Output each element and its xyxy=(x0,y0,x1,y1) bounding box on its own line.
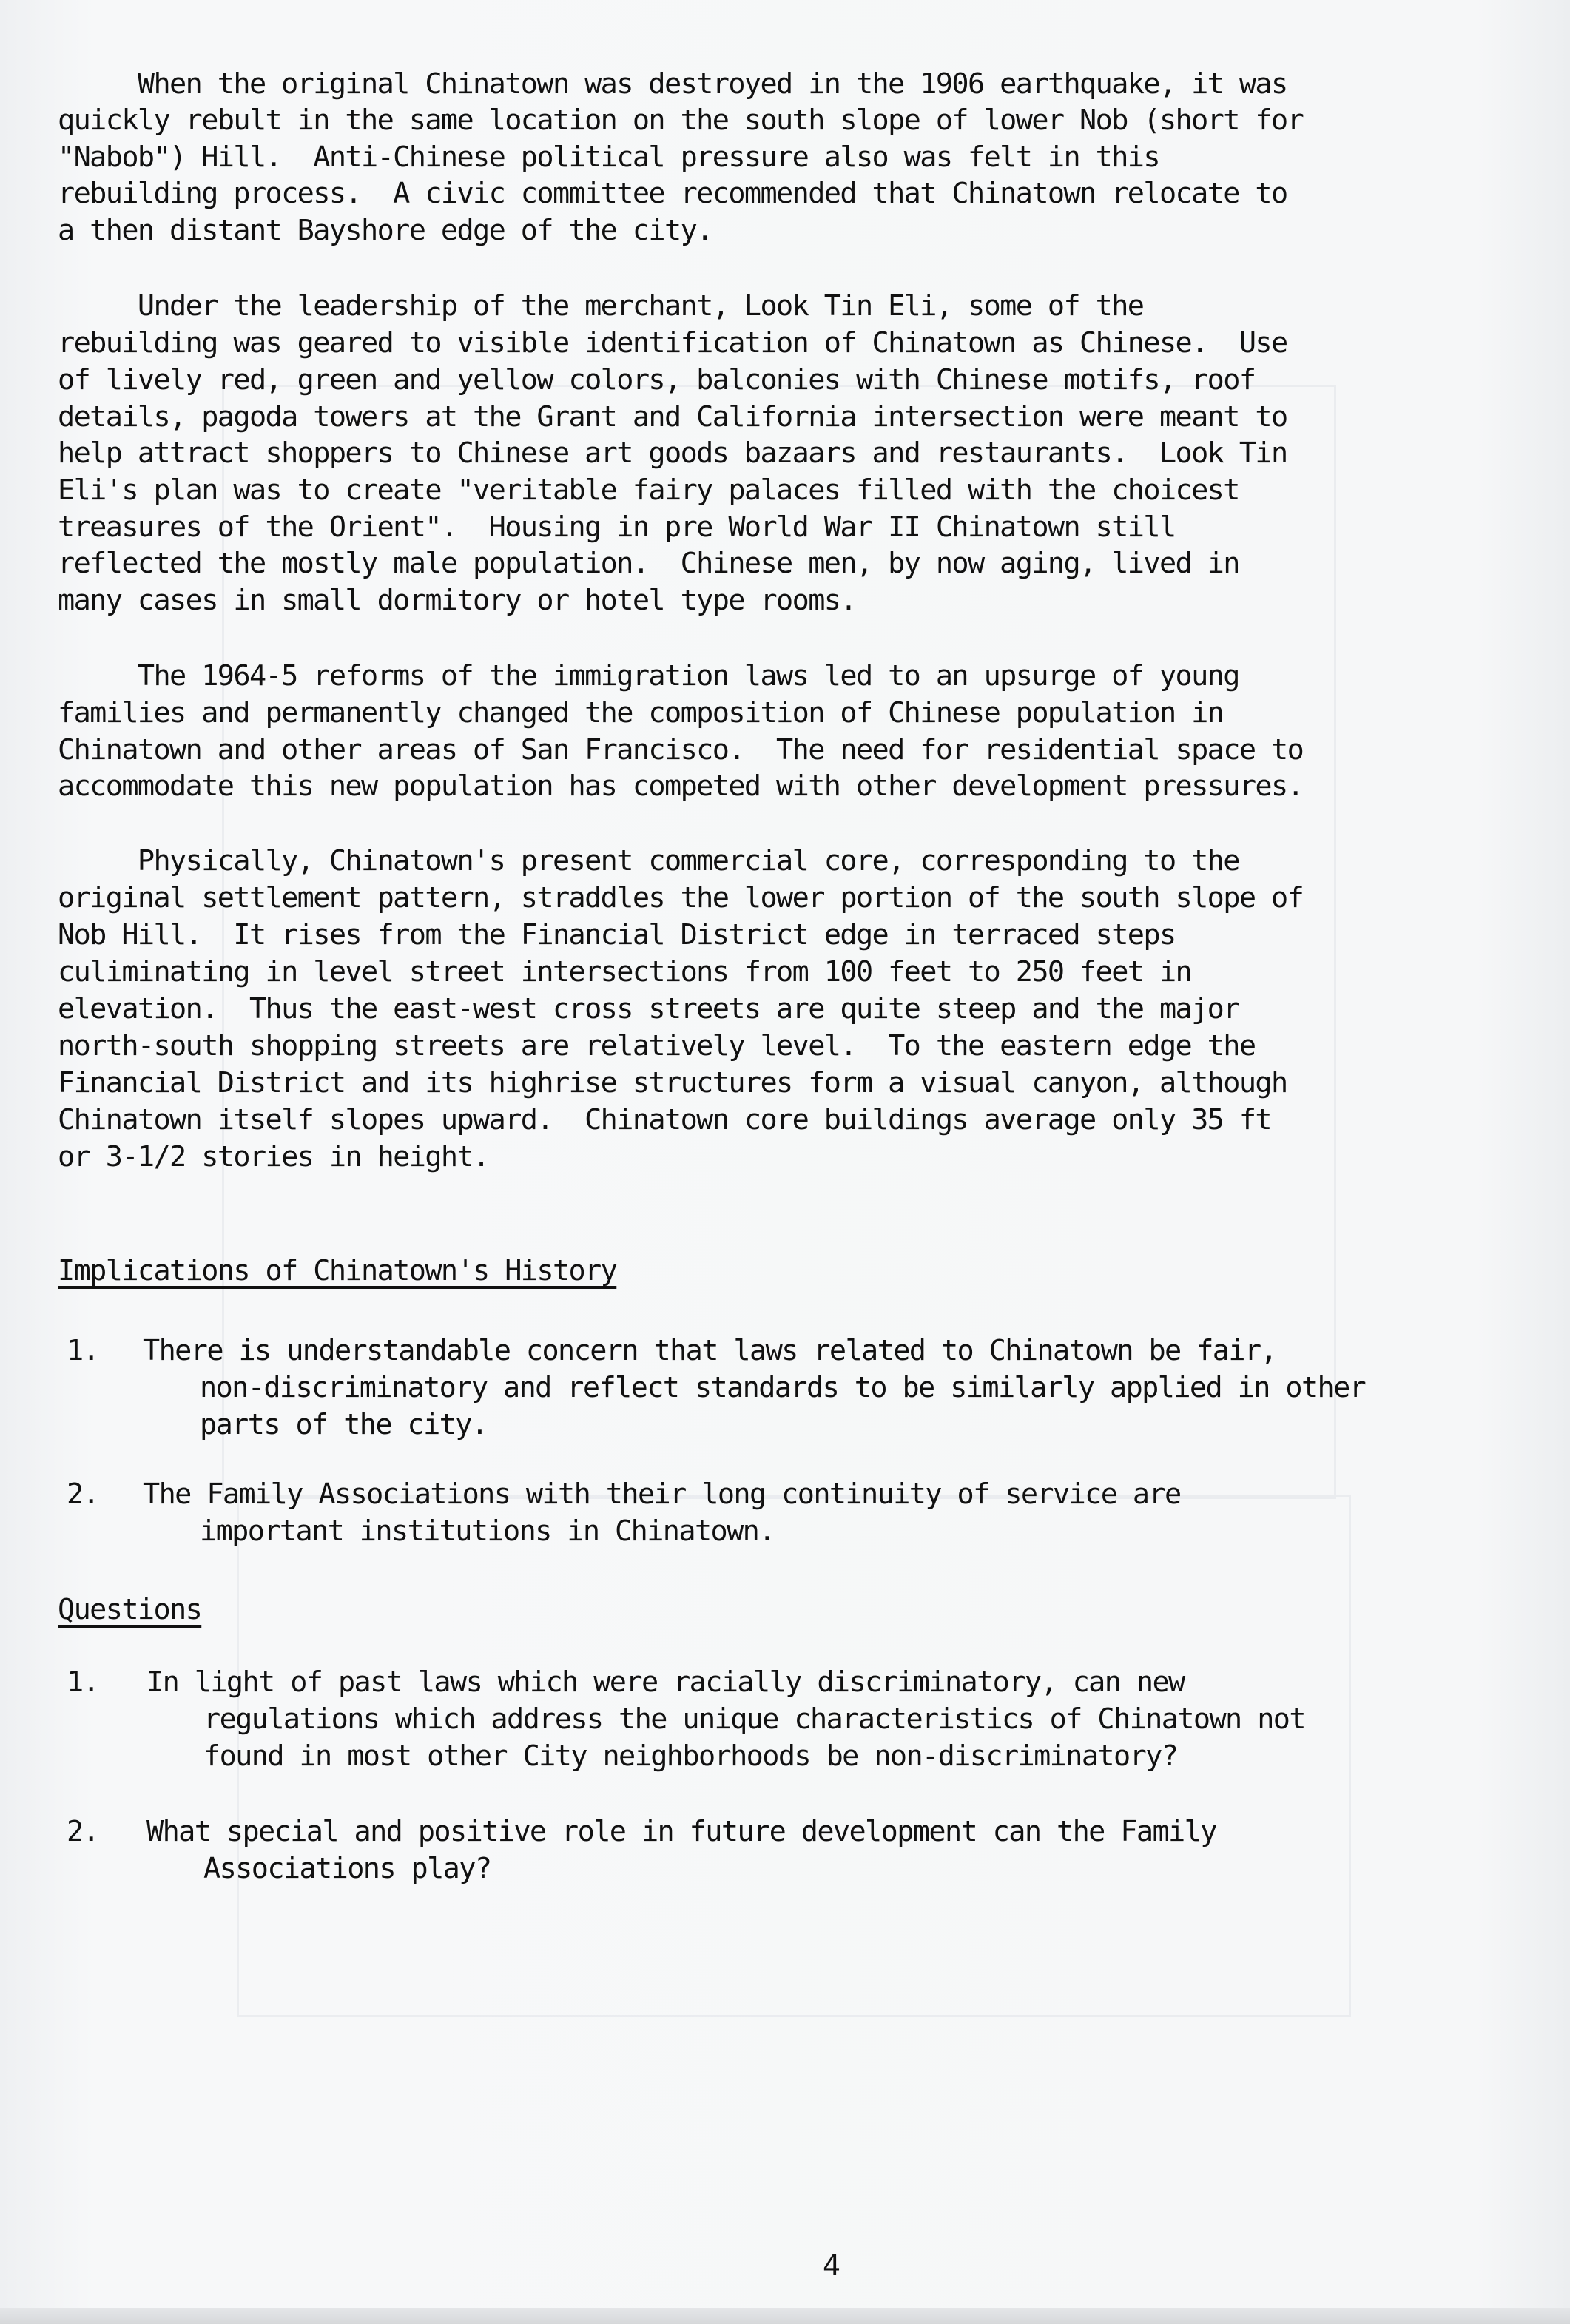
text-line: Nob Hill. It rises from the Financial Di… xyxy=(58,917,1176,953)
text-line: Under the leadership of the merchant, Lo… xyxy=(58,289,1143,324)
text-line: When the original Chinatown was destroye… xyxy=(58,67,1287,102)
text-line: Chinatown itself slopes upward. Chinatow… xyxy=(58,1102,1271,1138)
implications-heading: Implications of Chinatown's History xyxy=(58,1253,616,1289)
page-number: 4 xyxy=(823,2249,840,2282)
text-line: rebuilding was geared to visible identif… xyxy=(58,326,1287,361)
text-line: Financial District and its highrise stru… xyxy=(58,1065,1287,1101)
text-line: The 1964-5 reforms of the immigration la… xyxy=(58,659,1239,694)
page-bottom-edge xyxy=(0,2308,1570,2324)
list-number: 1. xyxy=(67,1665,98,1700)
list-number: 2. xyxy=(67,1477,98,1512)
text-line: rebuilding process. A civic committee re… xyxy=(58,176,1287,212)
text-line: In light of past laws which were raciall… xyxy=(146,1665,1185,1700)
list-number: 1. xyxy=(67,1333,98,1369)
text-line: of lively red, green and yellow colors, … xyxy=(58,363,1255,398)
text-line: north-south shopping streets are relativ… xyxy=(58,1028,1255,1064)
text-line: Eli's plan was to create "veritable fair… xyxy=(58,473,1239,508)
text-line: many cases in small dormitory or hotel t… xyxy=(58,583,856,619)
text-line: parts of the city. xyxy=(200,1407,487,1443)
text-line: Associations play? xyxy=(203,1851,491,1887)
text-line: Physically, Chinatown's present commerci… xyxy=(58,843,1239,879)
text-line: a then distant Bayshore edge of the city… xyxy=(58,213,712,249)
text-line: reflected the mostly male population. Ch… xyxy=(58,546,1239,582)
text-line: "Nabob") Hill. Anti-Chinese political pr… xyxy=(58,140,1159,175)
text-line: important institutions in Chinatown. xyxy=(200,1514,775,1549)
text-line: original settlement pattern, straddles t… xyxy=(58,880,1303,916)
text-line: elevation. Thus the east-west cross stre… xyxy=(58,991,1239,1027)
text-line: non-discriminatory and reflect standards… xyxy=(200,1370,1365,1406)
text-line: The Family Associations with their long … xyxy=(143,1477,1181,1512)
text-line: quickly rebult in the same location on t… xyxy=(58,103,1303,138)
text-line: or 3-1/2 stories in height. xyxy=(58,1139,489,1175)
text-line: accommodate this new population has comp… xyxy=(58,769,1303,804)
text-line: help attract shoppers to Chinese art goo… xyxy=(58,436,1287,471)
list-number: 2. xyxy=(67,1814,98,1850)
text-line: details, pagoda towers at the Grant and … xyxy=(58,400,1287,435)
text-line: families and permanently changed the com… xyxy=(58,695,1223,731)
text-line: culiminating in level street intersectio… xyxy=(58,954,1191,990)
text-line: Chinatown and other areas of San Francis… xyxy=(58,732,1303,768)
text-line: What special and positive role in future… xyxy=(146,1814,1216,1850)
questions-heading: Questions xyxy=(58,1592,201,1628)
scanned-page: When the original Chinatown was destroye… xyxy=(0,0,1570,2324)
text-line: found in most other City neighborhoods b… xyxy=(203,1739,1177,1774)
text-line: There is understandable concern that law… xyxy=(143,1333,1276,1369)
text-line: regulations which address the unique cha… xyxy=(203,1702,1305,1737)
text-line: treasures of the Orient". Housing in pre… xyxy=(58,510,1176,545)
